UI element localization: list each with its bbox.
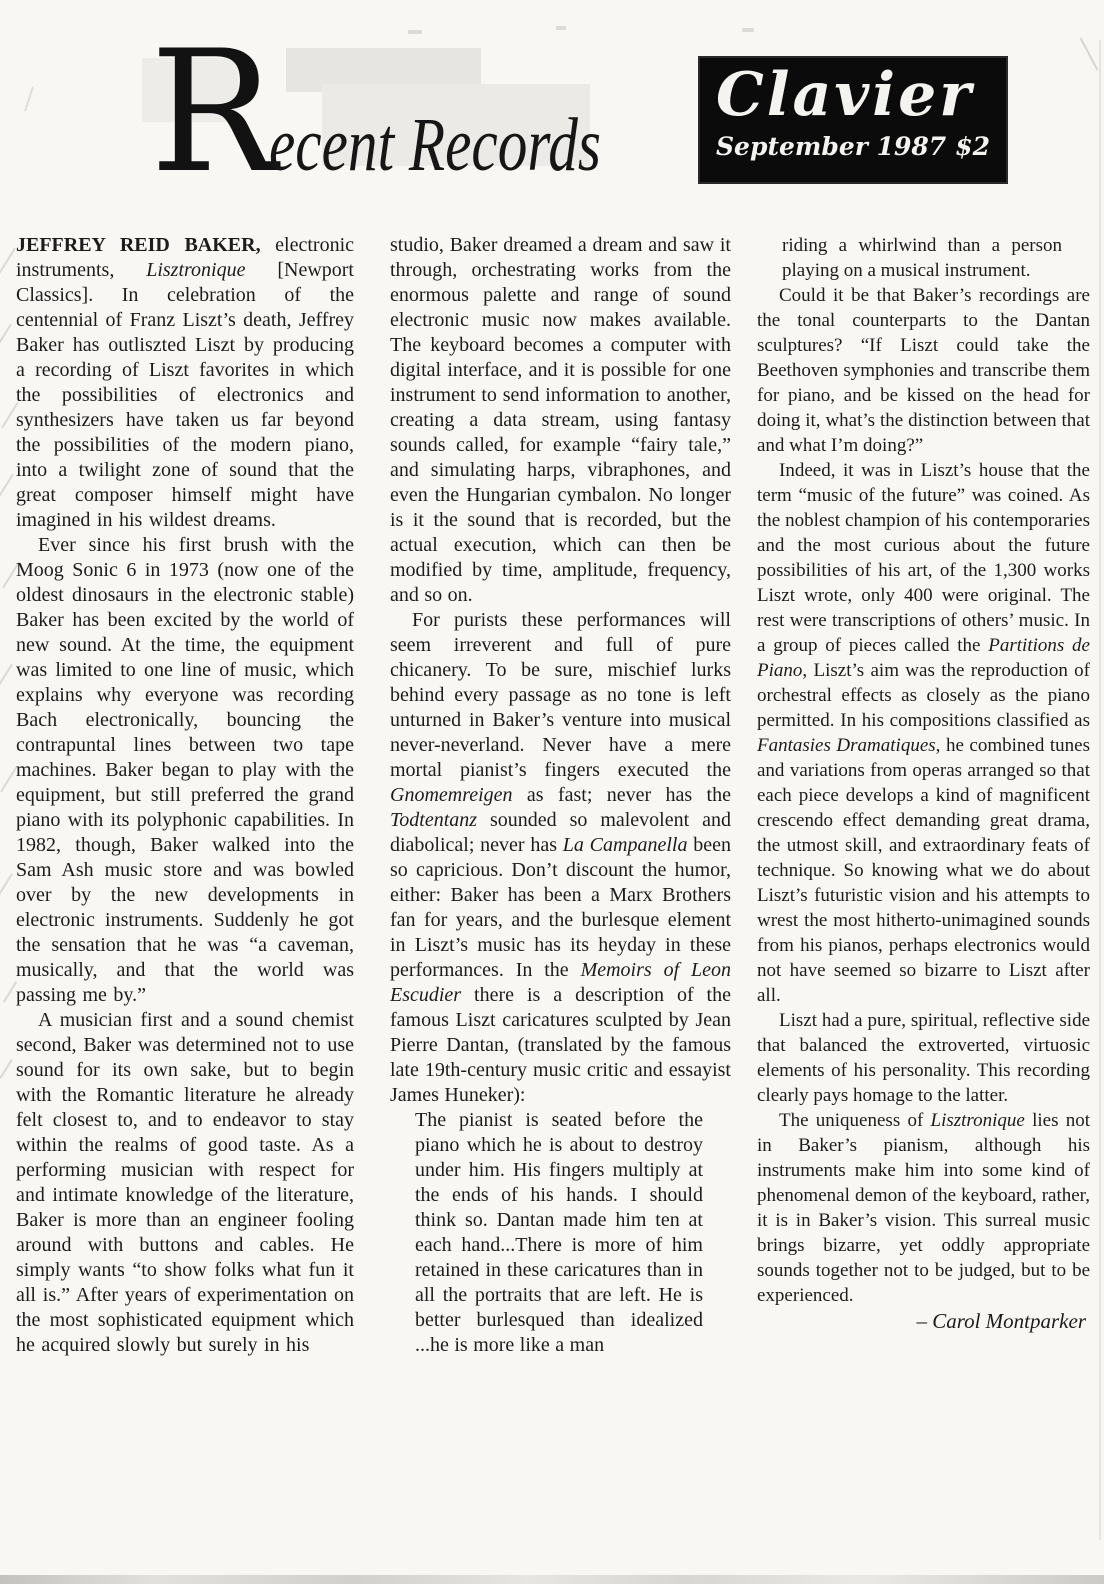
scan-artifact [0,1059,13,1079]
article-column-1: JEFFREY REID BAKER, electronic instrumen… [16,233,354,1584]
article-paragraph: Ever since his first brush with the Moog… [16,533,354,1008]
section-title-text: ecent Records [269,102,601,189]
scan-artifact [0,474,14,501]
article-body: JEFFREY REID BAKER, electronic instrumen… [16,233,1090,1584]
scan-artifact [0,324,12,351]
scan-artifact [0,1575,1104,1584]
article-paragraph: Could it be that Baker’s recordings are … [757,283,1090,458]
scan-artifact [556,26,566,30]
quoted-excerpt: The pianist is seated before the piano w… [415,1108,703,1358]
article-paragraph: For purists these performances will seem… [390,608,731,1108]
article-paragraph: The uniqueness of Lisztronique lies not … [757,1108,1090,1308]
scan-artifact [408,30,422,34]
article-paragraph: JEFFREY REID BAKER, electronic instrumen… [16,233,354,533]
scan-artifact [0,248,16,275]
scan-artifact [0,873,13,896]
article-paragraph: A musician first and a sound chemist sec… [16,1008,354,1358]
section-title-dropcap: R [150,14,273,210]
article-paragraph: Indeed, it was in Liszt’s house that the… [757,458,1090,1008]
masthead-info-row: September 1987 $2 [716,132,990,161]
article-column-3: riding a whirlwind than a person playing… [757,233,1090,1584]
scan-artifact [1099,40,1101,1540]
magazine-logo: Clavier [716,64,990,126]
section-title: Recent Records [150,46,694,189]
magazine-masthead: Clavier September 1987 $2 [700,58,1006,182]
quoted-excerpt-continued: riding a whirlwind than a person playing… [782,233,1062,283]
issue-price: $2 [955,132,990,161]
scan-artifact [742,28,754,32]
article-paragraph: Liszt had a pure, spiritual, reflective … [757,1008,1090,1108]
magazine-page: Recent Records Clavier September 1987 $2… [0,0,1104,1584]
scan-artifact [0,664,13,691]
byline: – Carol Montparker [757,1309,1086,1334]
article-column-2: studio, Baker dreamed a dream and saw it… [390,233,731,1584]
article-paragraph: studio, Baker dreamed a dream and saw it… [390,233,731,608]
issue-date: September 1987 [716,132,946,161]
page-header: Recent Records Clavier September 1987 $2 [0,0,1104,230]
